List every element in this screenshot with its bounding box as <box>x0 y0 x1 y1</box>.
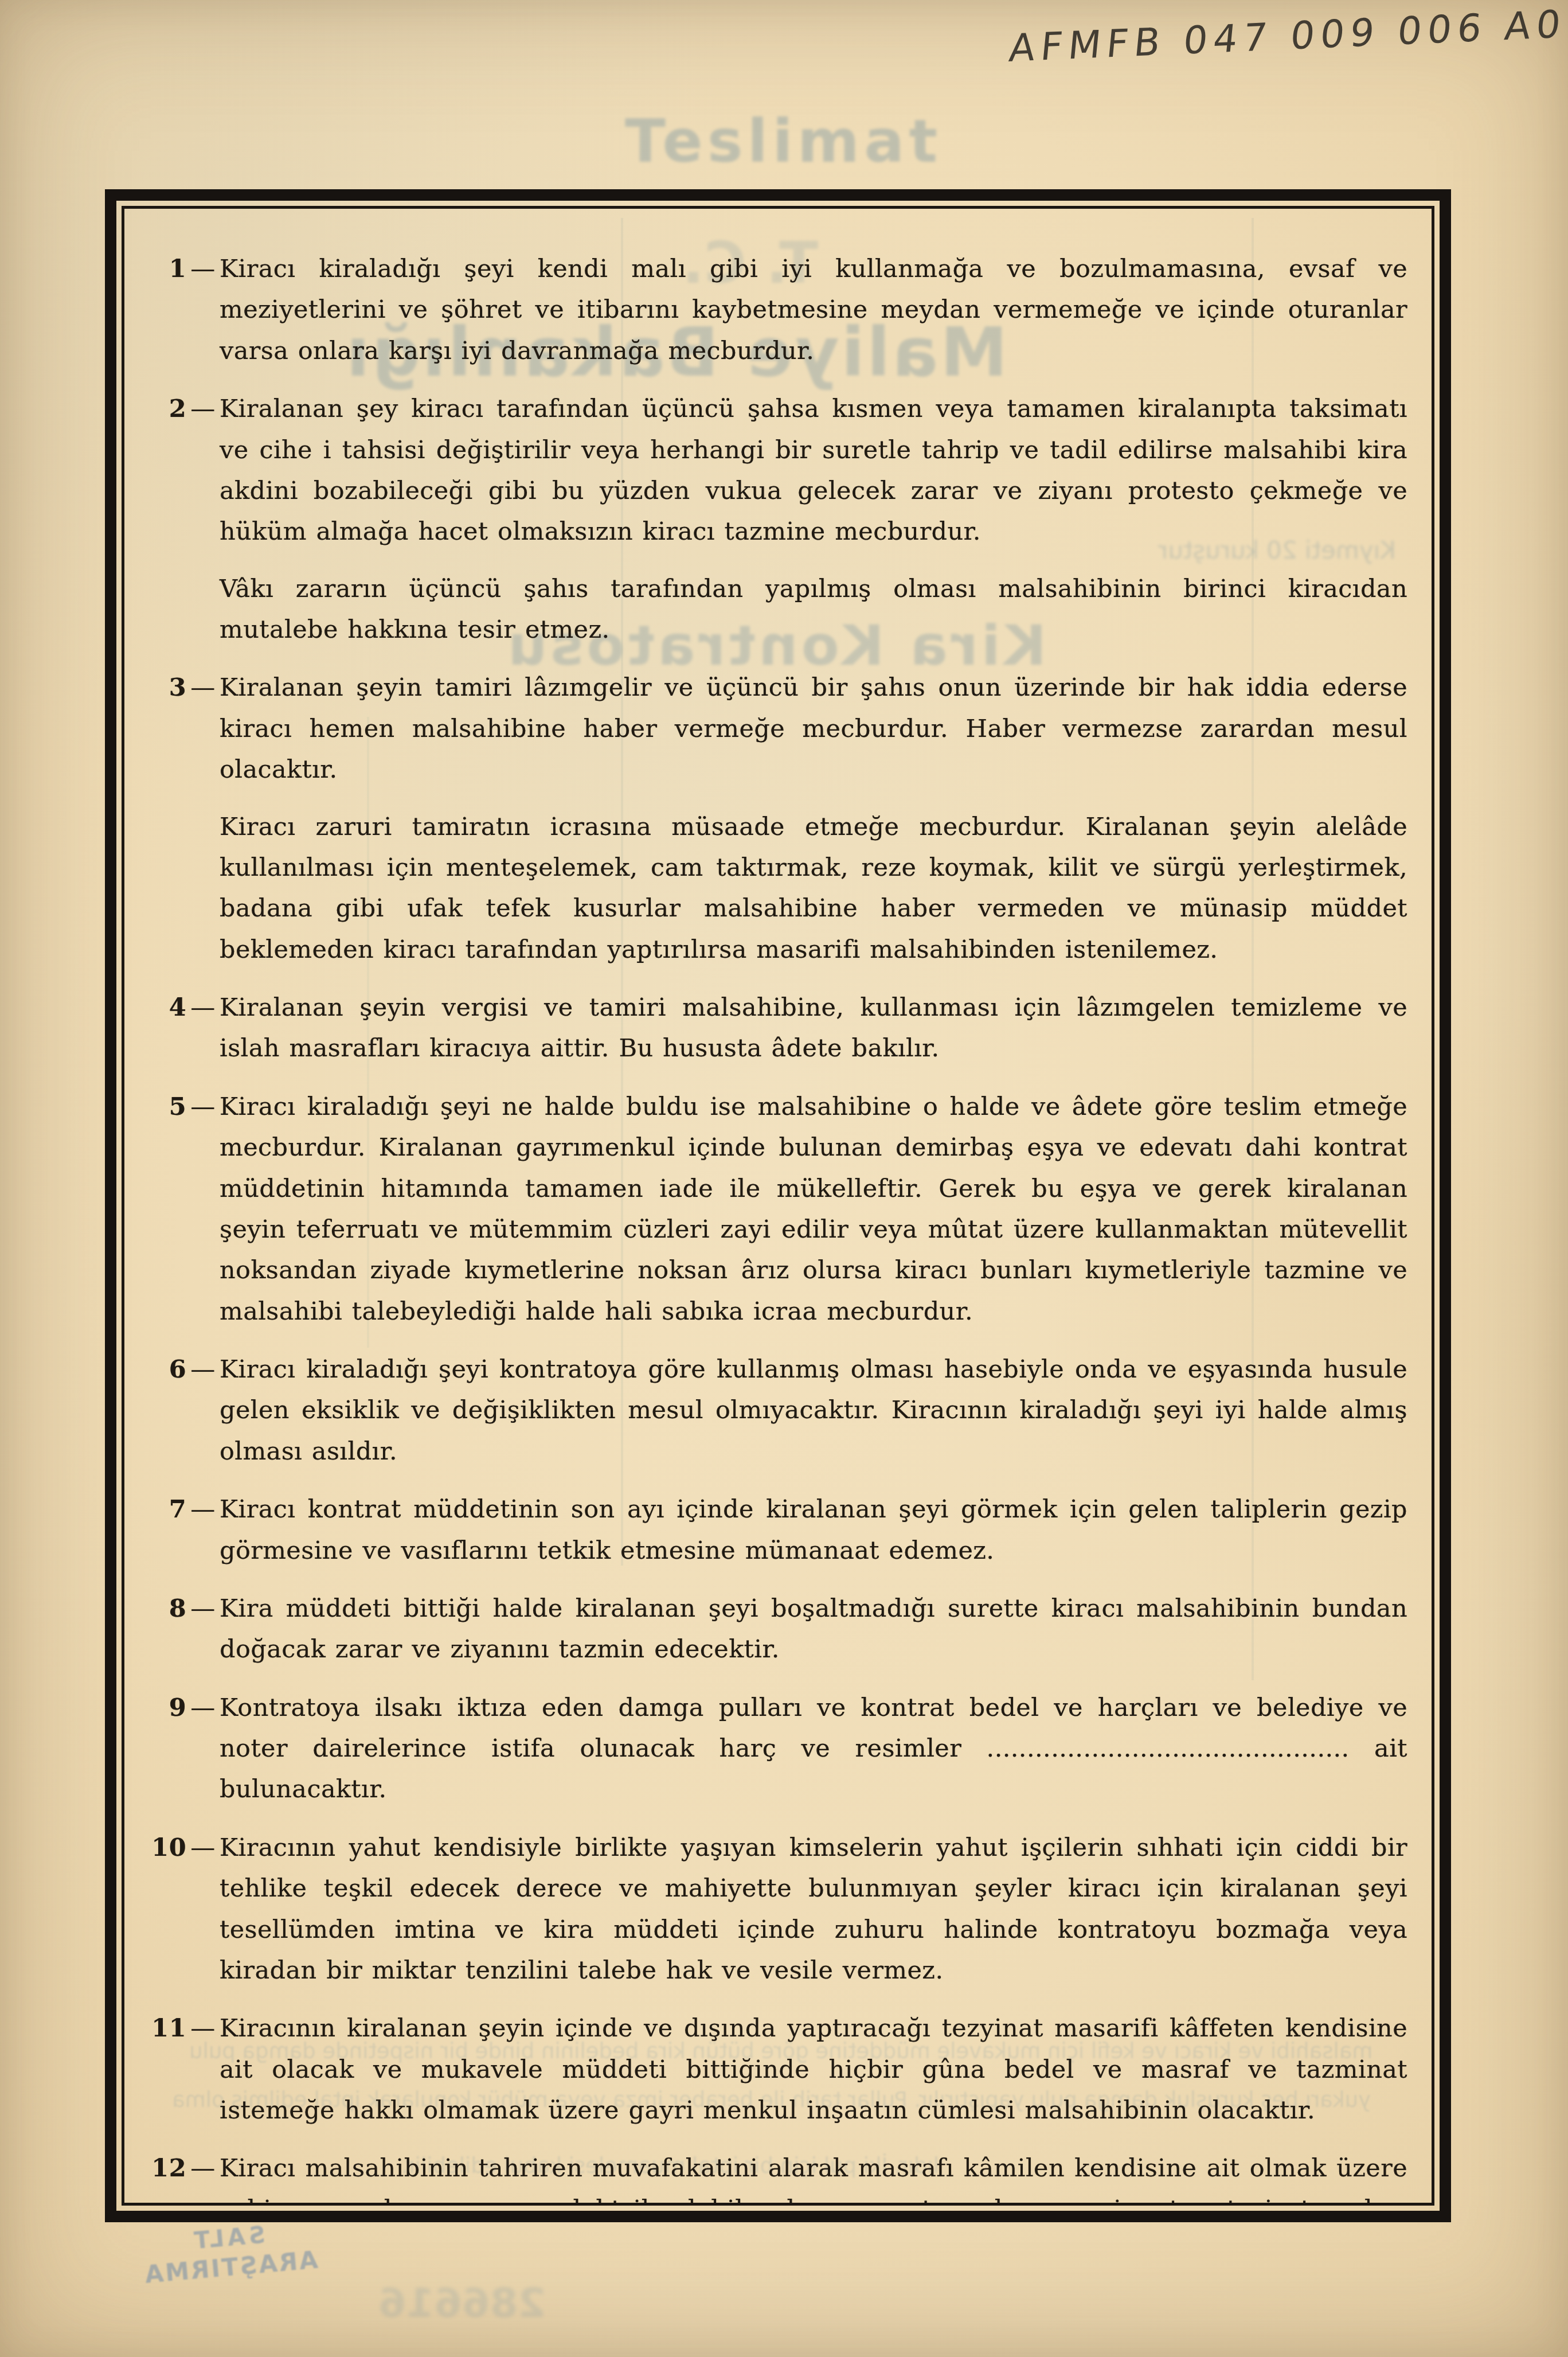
clause-number: 7 <box>145 1489 186 1530</box>
clause-paragraph: Kiracı zaruri tamiratın icrasına müsaade… <box>220 807 1407 971</box>
clause-dash: — <box>186 2008 220 2049</box>
clause-number: 6 <box>145 1349 186 1390</box>
archive-code-handwriting: AFMFB 047 009 006 A001 <box>1007 6 1481 71</box>
clause-number: 11 <box>145 2008 186 2049</box>
clause-text: Kiracının yahut kendisiyle birlikte yaşı… <box>220 1828 1407 1992</box>
contract-terms-frame: 1—Kiracı kiraladığı şeyi kendi malı gibi… <box>105 189 1451 2222</box>
clause-paragraph: Kiracının kiralanan şeyin içinde ve dışı… <box>220 2008 1407 2131</box>
clause-number: 8 <box>145 1589 186 1629</box>
clause-item: 3—Kiralanan şeyin tamiri lâzımgelir ve ü… <box>145 668 1407 970</box>
clause-dash: — <box>186 1489 220 1530</box>
clause-text: Kiralanan şeyin vergisi ve tamiri malsah… <box>220 988 1407 1070</box>
clause-number: 4 <box>145 988 186 1028</box>
clause-item: 2—Kiralanan şey kiracı tarafından üçüncü… <box>145 389 1407 650</box>
clause-number: 10 <box>145 1828 186 1868</box>
bleed-through-title: Teslimat <box>625 106 942 176</box>
clause-paragraph: Kiracı kiraladığı şeyi ne halde buldu is… <box>220 1087 1407 1332</box>
clause-text: Kiralanan şeyin tamiri lâzımgelir ve üçü… <box>220 668 1407 970</box>
clause-text: Kiralanan şey kiracı tarafından üçüncü ş… <box>220 389 1407 650</box>
clause-item: 7—Kiracı kontrat müddetinin son ayı için… <box>145 1489 1407 1571</box>
clause-text: Kiracı kiraladığı şeyi kendi malı gibi i… <box>220 249 1407 372</box>
contract-terms-inner-border: 1—Kiracı kiraladığı şeyi kendi malı gibi… <box>122 206 1434 2206</box>
clause-item: 9—Kontratoya ilsakı iktıza eden damga pu… <box>145 1688 1407 1810</box>
clause-paragraph: Kiralanan şeyin vergisi ve tamiri malsah… <box>220 988 1407 1070</box>
clause-number: 2 <box>145 389 186 430</box>
clause-paragraph: Kira müddeti bittiği halde kiralanan şey… <box>220 1589 1407 1671</box>
clause-dash: — <box>186 1087 220 1127</box>
clause-paragraph: Kontratoya ilsakı iktıza eden damga pull… <box>220 1688 1407 1810</box>
clause-text: Kiracı malsahibinin tahriren muvafakatin… <box>220 2148 1407 2206</box>
clause-number: 5 <box>145 1087 186 1127</box>
clause-dash: — <box>186 988 220 1028</box>
clause-paragraph: Kiracı kontrat müddetinin son ayı içinde… <box>220 1489 1407 1571</box>
clause-text: Kiracı kiraladığı şeyi ne halde buldu is… <box>220 1087 1407 1332</box>
bleed-through-serial-number: 286616 <box>378 2280 546 2327</box>
clause-paragraph: Kiracı kiraladığı şeyi kendi malı gibi i… <box>220 249 1407 372</box>
clause-item: 12—Kiracı malsahibinin tahriren muvafaka… <box>145 2148 1407 2206</box>
clause-dash: — <box>186 1688 220 1728</box>
clause-text: Kiracının kiralanan şeyin içinde ve dışı… <box>220 2008 1407 2131</box>
clause-dash: — <box>186 389 220 430</box>
clause-text: Kiracı kontrat müddetinin son ayı içinde… <box>220 1489 1407 1571</box>
clause-paragraph: Vâkı zararın üçüncü şahıs tarafından yap… <box>220 569 1407 651</box>
clause-dash: — <box>186 249 220 290</box>
clause-paragraph: Kiracı malsahibinin tahriren muvafakatin… <box>220 2148 1407 2206</box>
clause-text: Kontratoya ilsakı iktıza eden damga pull… <box>220 1688 1407 1810</box>
clauses-list: 1—Kiracı kiraladığı şeyi kendi malı gibi… <box>124 209 1432 2203</box>
clause-item: 1—Kiracı kiraladığı şeyi kendi malı gibi… <box>145 249 1407 372</box>
clause-number: 3 <box>145 668 186 708</box>
clause-item: 5—Kiracı kiraladığı şeyi ne halde buldu … <box>145 1087 1407 1332</box>
clause-item: 10—Kiracının yahut kendisiyle birlikte y… <box>145 1828 1407 1992</box>
clause-number: 9 <box>145 1688 186 1728</box>
clause-number: 1 <box>145 249 186 290</box>
clause-number: 12 <box>145 2148 186 2189</box>
salt-arastirma-stamp: SALT ARAŞTIRMA <box>107 2214 351 2293</box>
clause-dash: — <box>186 1589 220 1629</box>
clause-dash: — <box>186 668 220 708</box>
clause-item: 4—Kiralanan şeyin vergisi ve tamiri mals… <box>145 988 1407 1070</box>
clause-paragraph: Kiralanan şey kiracı tarafından üçüncü ş… <box>220 389 1407 553</box>
clause-item: 11—Kiracının kiralanan şeyin içinde ve d… <box>145 2008 1407 2131</box>
clause-item: 6—Kiracı kiraladığı şeyi kontratoya göre… <box>145 1349 1407 1472</box>
clause-dash: — <box>186 1349 220 1390</box>
clause-paragraph: Kiracının yahut kendisiyle birlikte yaşı… <box>220 1828 1407 1992</box>
clause-item: 8—Kira müddeti bittiği halde kiralanan ş… <box>145 1589 1407 1671</box>
clause-dash: — <box>186 1828 220 1868</box>
clause-paragraph: Kiralanan şeyin tamiri lâzımgelir ve üçü… <box>220 668 1407 790</box>
clause-paragraph: Kiracı kiraladığı şeyi kontratoya göre k… <box>220 1349 1407 1472</box>
clause-dash: — <box>186 2148 220 2189</box>
clause-text: Kira müddeti bittiği halde kiralanan şey… <box>220 1589 1407 1671</box>
clause-text: Kiracı kiraladığı şeyi kontratoya göre k… <box>220 1349 1407 1472</box>
